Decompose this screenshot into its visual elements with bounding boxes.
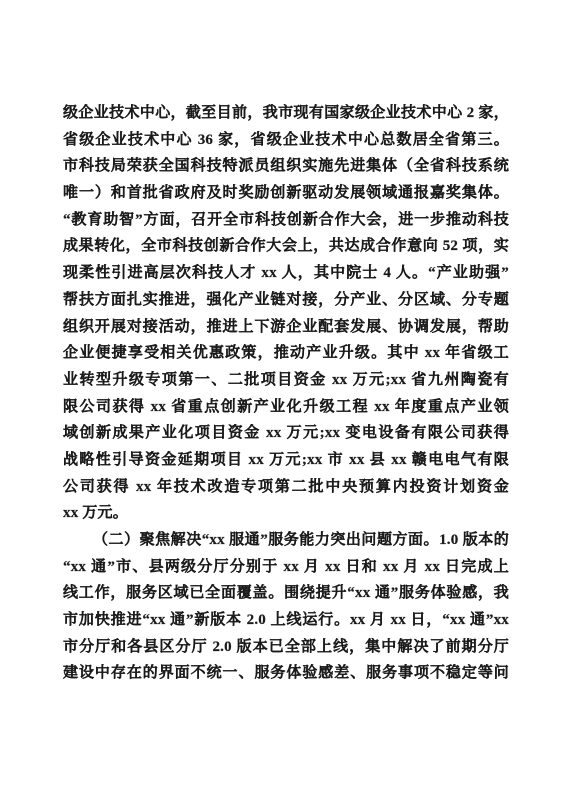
text-line: 建设中存在的界面不统一、服务体验感差、服务事项不稳定等问 xyxy=(63,660,509,687)
text-line: 市加快推进“xx 通”新版本 2.0 上线运行。xx 月 xx 日，“xx 通”… xyxy=(63,607,509,634)
text-line: 成果转化，全市科技创新合作大会上，共达成合作意向 52 项，实 xyxy=(63,233,509,260)
text-line-paragraph-end: xx 万元。 xyxy=(63,500,509,527)
text-line: 帮扶方面扎实推进，强化产业链对接，分产业、分区域、分专题 xyxy=(63,287,509,314)
text-line: 线工作，服务区域已全面覆盖。围绕提升“xx 通”服务体验感，我 xyxy=(63,580,509,607)
text-line: 省级企业技术中心 36 家，省级企业技术中心总数居全省第三。 xyxy=(63,127,509,154)
text-line: 现柔性引进高层次科技人才 xx 人，其中院士 4 人。“产业助强” xyxy=(63,260,509,287)
text-line: 级企业技术中心，截至目前，我市现有国家级企业技术中心 2 家， xyxy=(63,100,509,127)
text-line: “教育助智”方面，召开全市科技创新合作大会，进一步推动科技 xyxy=(63,207,509,234)
document-page: 级企业技术中心，截至目前，我市现有国家级企业技术中心 2 家， 省级企业技术中心… xyxy=(0,0,570,807)
text-line: 公司获得 xx 年技术改造专项第二批中央预算内投资计划资金 xyxy=(63,474,509,501)
text-line-paragraph-start: （二）聚焦解决“xx 服通”服务能力突出问题方面。1.0 版本的 xyxy=(63,527,509,554)
text-line: “xx 通”市、县两级分厅分别于 xx 月 xx 日和 xx 月 xx 日完成上 xyxy=(63,554,509,581)
text-line: 限公司获得 xx 省重点创新产业化升级工程 xx 年度重点产业领 xyxy=(63,394,509,421)
text-line: 市科技局荣获全国科技特派员组织实施先进集体（全省科技系统 xyxy=(63,153,509,180)
document-body: 级企业技术中心，截至目前，我市现有国家级企业技术中心 2 家， 省级企业技术中心… xyxy=(63,100,509,687)
text-line: 业转型升级专项第一、二批项目资金 xx 万元;xx 省九州陶瓷有 xyxy=(63,367,509,394)
text-line: 战略性引导资金延期项目 xx 万元;xx 市 xx 县 xx 赣电电气有限 xyxy=(63,447,509,474)
text-line: 唯一）和首批省政府及时奖励创新驱动发展领域通报嘉奖集体。 xyxy=(63,180,509,207)
text-line: 域创新成果产业化项目资金 xx 万元;xx 变电设备有限公司获得 xyxy=(63,420,509,447)
text-line: 市分厅和各县区分厅 2.0 版本已全部上线，集中解决了前期分厅 xyxy=(63,634,509,661)
text-line: 组织开展对接活动，推进上下游企业配套发展、协调发展，帮助 xyxy=(63,314,509,341)
text-line: 企业便捷享受相关优惠政策，推动产业升级。其中 xx 年省级工 xyxy=(63,340,509,367)
